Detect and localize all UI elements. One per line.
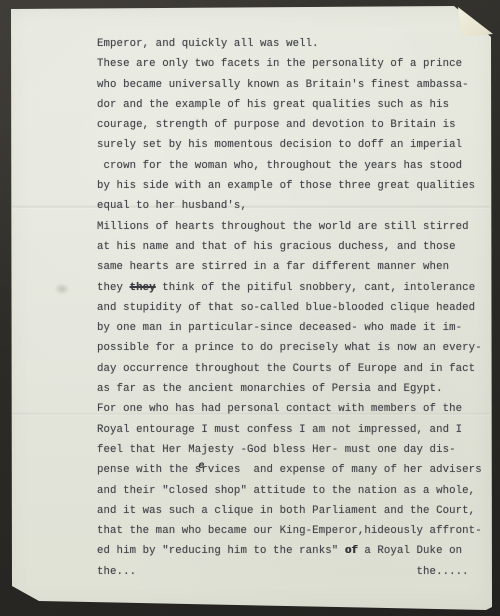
text-segment: ed him by "reducing him to the ranks" [97, 545, 345, 557]
text-segment: a Royal Duke on [358, 545, 462, 557]
document-line: possible for a prince to do precisely wh… [97, 338, 482, 358]
document-line: equal to her husband's, [97, 196, 482, 216]
document-line: as far as the ancient monarchies of Pers… [97, 379, 482, 399]
document-line: that the man who became our King-Emperor… [97, 521, 482, 541]
document-line: courage, strength of purpose and devotio… [97, 115, 482, 135]
document-line: pense with the services and expense of m… [97, 460, 482, 480]
document-line: and it was such a clique in both Parliam… [97, 501, 482, 521]
document-line: at his name and that of his gracious duc… [97, 237, 482, 257]
document-line: the... the..... [97, 562, 482, 582]
document-line: and stupidity of that so-called blue-blo… [97, 298, 482, 318]
document-line: they they think of the pitiful snobbery,… [97, 278, 482, 298]
document-line: by one man in particular-since deceased-… [97, 318, 482, 338]
document-line: by his side with an example of those thr… [97, 176, 482, 196]
document-text: Emperor, and quickly all was well.These … [97, 34, 482, 582]
text-segment: rvices and expense of many of her advise… [201, 464, 481, 476]
document-line: dor and the example of his great qualiti… [97, 95, 482, 115]
typewritten-page: Emperor, and quickly all was well.These … [0, 0, 500, 616]
photo-background: Emperor, and quickly all was well.These … [0, 0, 500, 616]
document-line: surely set by his momentous decision to … [97, 135, 482, 155]
document-line: Millions of hearts throughout the world … [97, 217, 482, 237]
text-segment: they [97, 282, 130, 294]
document-line: crown for the woman who, throughout the … [97, 156, 482, 176]
paper-smudge [54, 283, 70, 295]
document-line: same hearts are stirred in a far differe… [97, 257, 482, 277]
overtyped-word: of [345, 545, 358, 557]
document-line: For one who has had personal contact wit… [97, 399, 482, 419]
text-segment: think of the pitiful snobbery, cant, int… [156, 282, 476, 294]
document-line: These are only two facets in the persona… [97, 54, 482, 74]
document-line: Emperor, and quickly all was well. [97, 34, 482, 54]
document-line: feel that Her Majesty -God bless Her- mu… [97, 440, 482, 460]
document-line: and their "closed shop" attitude to the … [97, 481, 482, 501]
document-line: Royal entourage I must confess I am not … [97, 420, 482, 440]
text-segment: pense with the s [97, 464, 201, 476]
document-line: who became universally known as Britain'… [97, 75, 482, 95]
document-line: day occurrence throughout the Courts of … [97, 359, 482, 379]
struck-out-word: they [130, 282, 156, 294]
document-line: ed him by "reducing him to the ranks" of… [97, 541, 482, 561]
